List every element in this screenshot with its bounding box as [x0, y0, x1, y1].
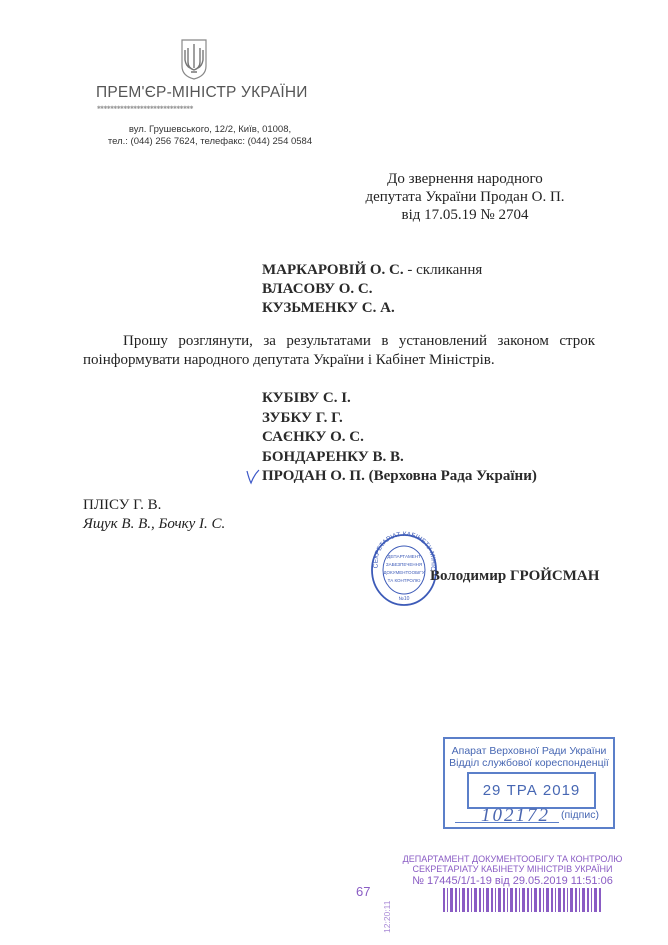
letterhead-title: ПРЕМ'ЄР-МІНІСТР УКРАЇНИ	[96, 84, 316, 102]
svg-text:№10: №10	[399, 596, 410, 602]
registration-number: № 17445/1/1-19 від 29.05.2019 11:51:06	[395, 874, 630, 888]
registration-line: СЕКРЕТАРІАТУ КАБІНЕТУ МІНІСТРІВ УКРАЇНИ	[395, 864, 630, 874]
body-line: поінформувати народного депутата України…	[83, 351, 595, 370]
executor-name: ПЛІСУ Г. В.	[83, 496, 225, 515]
svg-text:ДОКУМЕНТООБІГУ: ДОКУМЕНТООБІГУ	[383, 570, 424, 575]
print-time-text: 12:20:11	[382, 901, 392, 933]
addressee-name: МАРКАРОВІЙ О. С.	[262, 262, 404, 278]
stamp-signature-line	[455, 822, 559, 823]
addressee-note: - скликання	[404, 262, 483, 278]
body-line: Прошу розглянути, за результатами в уста…	[83, 332, 595, 351]
addressee-name: КУЗЬМЕНКУ С. А.	[262, 300, 395, 316]
registration-line: ДЕПАРТАМЕНТ ДОКУМЕНТООБІГУ ТА КОНТРОЛЮ	[395, 854, 630, 864]
svg-text:ДЕПАРТАМЕНТ: ДЕПАРТАМЕНТ	[387, 554, 421, 559]
stamp-signature-label: (підпис)	[561, 809, 599, 821]
copy-recipient: ЗУБКУ Г. Г.	[262, 409, 537, 429]
copies-list: КУБІВУ С. І. ЗУБКУ Г. Г. САЄНКУ О. С. БО…	[262, 389, 537, 487]
copy-recipient: ПРОДАН О. П. (Верховна Рада України)	[262, 467, 537, 487]
print-time: 12:20:11	[382, 885, 394, 935]
reference-line: До звернення народного	[340, 170, 590, 188]
round-seal-stamp-icon: СЕКРЕТАРІАТ КАБІНЕТУ МІНІСТРІВ ДЕПАРТАМЕ…	[368, 528, 438, 608]
address-line: вул. Грушевського, 12/2, Київ, 01008,	[90, 124, 330, 136]
letterhead-address: вул. Грушевського, 12/2, Київ, 01008, те…	[90, 124, 330, 148]
trident-coat-of-arms-icon	[180, 38, 208, 80]
receipt-stamp: Апарат Верховної Ради України Відділ слу…	[443, 737, 615, 829]
copy-recipient: БОНДАРЕНКУ В. В.	[262, 448, 537, 468]
resolution-text: Прошу розглянути, за результатами в уста…	[83, 332, 595, 370]
signer-name: Володимир ГРОЙСМАН	[430, 568, 599, 585]
stamp-line: Відділ службової кореспонденції	[445, 757, 613, 769]
svg-text:ЗАБЕЗПЕЧЕННЯ: ЗАБЕЗПЕЧЕННЯ	[386, 562, 422, 567]
addressee-name: ВЛАСОВУ О. С.	[262, 281, 373, 297]
registration-block: ДЕПАРТАМЕНТ ДОКУМЕНТООБІГУ ТА КОНТРОЛЮ С…	[395, 854, 630, 888]
copy-recipient: КУБІВУ С. І.	[262, 389, 537, 409]
addressee: КУЗЬМЕНКУ С. А.	[262, 299, 482, 318]
reference-line: депутата України Продан О. П.	[340, 188, 590, 206]
page-number: 67	[356, 884, 370, 899]
reference-block: До звернення народного депутата України …	[340, 170, 590, 224]
stamp-date: 29 ТРА 2019	[467, 772, 596, 809]
executor-assistants: Ящук В. В., Бочку І. С.	[83, 515, 225, 534]
stamp-header: Апарат Верховної Ради України Відділ слу…	[445, 745, 613, 769]
addressee: МАРКАРОВІЙ О. С. - скликання	[262, 261, 482, 280]
copy-recipient: САЄНКУ О. С.	[262, 428, 537, 448]
reference-line: від 17.05.19 № 2704	[340, 206, 590, 224]
stamp-line: Апарат Верховної Ради України	[445, 745, 613, 757]
checkmark-icon	[246, 469, 260, 485]
letterhead-ornament: ✱✱✱✱✱✱✱✱✱✱✱✱✱✱✱✱✱✱✱✱✱✱✱✱✱✱✱✱✱	[97, 104, 297, 110]
addressees-list: МАРКАРОВІЙ О. С. - скликання ВЛАСОВУ О. …	[262, 261, 482, 318]
addressee: ВЛАСОВУ О. С.	[262, 280, 482, 299]
svg-text:ТА КОНТРОЛЮ: ТА КОНТРОЛЮ	[388, 578, 421, 583]
stamp-handwritten-number: 102172	[481, 805, 550, 827]
barcode-icon	[443, 888, 603, 912]
phone-line: тел.: (044) 256 7624, телефакс: (044) 25…	[90, 136, 330, 148]
executor-block: ПЛІСУ Г. В. Ящук В. В., Бочку І. С.	[83, 496, 225, 534]
